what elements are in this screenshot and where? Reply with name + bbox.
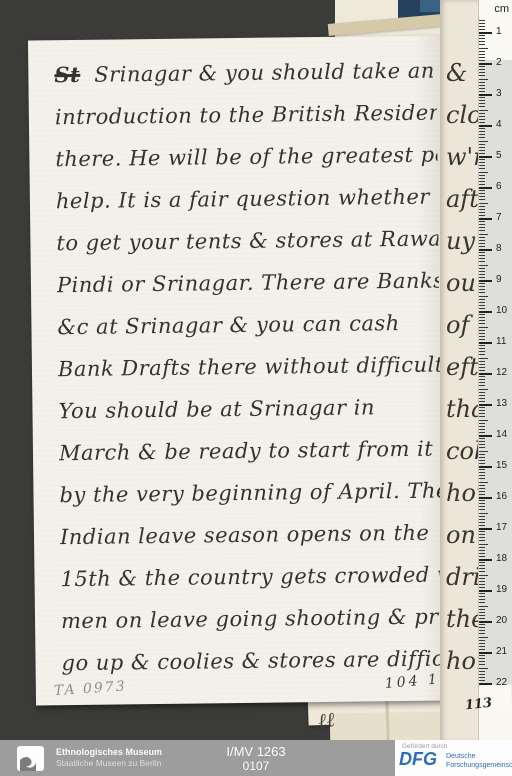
ruler-tick [479,339,485,340]
ruler-tick [479,416,485,417]
ruler-tick [479,534,485,535]
scan-viewport: ℓℓ 113 StSrinagar & you should take anin… [0,0,512,776]
ruler-tick [479,255,485,256]
ruler-tick [479,392,485,393]
ruler-tick [479,35,485,36]
ruler-number: 21 [496,646,512,657]
line-text: Indian leave season opens on the [60,521,430,550]
ruler-tick [479,568,485,569]
facing-page-edge: &clow'raftuyouof heftthancobhouondrivthe… [440,0,480,742]
ruler-tick [479,240,485,241]
ruler-tick [479,373,492,375]
facing-fragment: on [446,514,480,556]
ruler-tick [479,426,485,427]
ruler-tick [479,125,492,127]
ruler-tick [479,531,485,532]
ruler-tick [479,630,485,631]
ruler-tick [479,438,485,439]
ruler-tick [479,261,485,262]
ruler-tick [479,680,485,681]
ruler-tick [479,333,485,334]
ruler-tick [479,119,485,120]
scan-number: 0107 [176,759,336,774]
facing-fragment: aft [446,178,480,220]
ruler-tick [479,367,485,368]
ruler-tick [479,565,485,566]
ruler-tick [479,575,488,576]
ruler-tick [479,82,485,83]
ruler-tick [479,423,485,424]
measurement-ruler: cm 12345678910111213141516171819202122 [478,0,512,742]
ruler-tick [479,497,492,499]
ruler-tick [479,407,485,408]
ruler-tick [479,305,485,306]
ruler-tick [479,482,488,483]
ruler-tick [479,571,485,572]
ruler-number: 9 [496,274,512,285]
ruler-tick [479,252,485,253]
ruler-tick [479,379,485,380]
ruler-tick [479,606,488,607]
ruler-tick [479,165,485,166]
ruler-tick [479,590,492,592]
ruler-tick [479,683,492,685]
museum-logo [17,746,44,771]
ruler-tick [479,274,485,275]
ruler-tick [479,624,485,625]
ruler-number: 4 [496,119,512,130]
facing-fragment: clo [446,94,480,136]
ruler-tick [479,540,485,541]
museum-wave-icon [17,746,44,771]
ruler-tick [479,20,485,21]
ruler-tick [479,54,485,55]
ruler-number: 13 [496,398,512,409]
ruler-tick [479,283,485,284]
ruler-tick [479,562,485,563]
handwriting-line: to get your tents & stores at Rawal [56,218,438,265]
line-text: You should be at Srinagar in [58,395,375,423]
facing-fragment: hors [446,640,480,682]
ruler-tick [479,79,488,80]
handwriting-line: introduction to the British Resident [55,92,437,139]
ruler-tick [479,212,485,213]
archive-number-pencil: TA 0973 [53,678,127,699]
ruler-tick [479,376,485,377]
line-text: introduction to the British Resident [55,100,444,129]
ruler-tick [479,478,485,479]
line-text: by the very beginning of April. The [59,478,444,507]
ruler-number: 3 [496,88,512,99]
ruler-tick [479,389,488,390]
ruler-tick [479,280,492,282]
ruler-tick [479,94,492,96]
ruler-tick [479,491,485,492]
ruler-tick [479,206,485,207]
ruler-tick [479,550,485,551]
ruler-tick [479,199,485,200]
ruler-tick [479,395,485,396]
ruler-tick [479,271,485,272]
ruler-tick [479,664,485,665]
ruler-tick [479,385,485,386]
ruler-tick [479,230,485,231]
ruler-tick [479,528,492,530]
ruler-tick [479,643,485,644]
ruler-tick [479,63,492,65]
ruler-tick [479,621,492,623]
handwriting-line: there. He will be of the greatest possib… [55,134,437,181]
ruler-tick [479,137,485,138]
facing-fragment: uy [446,220,480,262]
archive-footer-bar: Ethnologisches Museum Staatliche Museen … [0,740,512,776]
ruler-tick [479,246,485,247]
ruler-tick [479,544,488,545]
ruler-tick [479,516,485,517]
ruler-tick [479,29,485,30]
ruler-tick [479,69,485,70]
ruler-tick [479,401,485,402]
ruler-tick [479,410,485,411]
ruler-tick [479,317,485,318]
handwriting-line: help. It is a fair question whether [56,176,438,223]
ruler-tick [479,320,485,321]
ruler-tick [479,602,485,603]
ruler-tick [479,668,488,669]
ruler-tick [479,398,485,399]
ruler-tick [479,308,485,309]
line-text: to get your tents & stores at Rawal [56,226,444,255]
ruler-tick [479,364,485,365]
line-text: men on leave going shooting & prices [61,604,444,633]
ruler-tick [479,23,485,24]
ruler-tick [479,91,485,92]
ruler-tick [479,209,485,210]
ruler-tick [479,134,485,135]
ruler-tick [479,32,492,34]
ruler-tick [479,178,485,179]
ruler-number: 20 [496,615,512,626]
ruler-tick [479,444,485,445]
ruler-tick [479,100,485,101]
ruler-tick [479,361,485,362]
ruler-number: 19 [496,584,512,595]
ruler-number: 2 [496,57,512,68]
ruler-tick [479,97,485,98]
ruler-tick [479,609,485,610]
ruler-tick [479,345,485,346]
ruler-tick [479,454,485,455]
ruler-tick [479,509,485,510]
ruler-tick [479,221,485,222]
ruler-tick [479,525,485,526]
ruler-tick [479,296,488,297]
ruler-tick [479,370,485,371]
ruler-number: 22 [496,677,512,688]
ruler-tick [479,323,485,324]
ruler-tick [479,413,485,414]
facing-fragment: ther [446,598,480,640]
ruler-number: 1 [496,26,512,37]
facing-fragment: & [446,52,480,94]
handwriting-line: Indian leave season opens on the [60,512,442,559]
ruler-tick [479,587,485,588]
line-text: help. It is a fair question whether [56,185,430,214]
ruler-tick [479,243,485,244]
ruler-tick [479,147,485,148]
ruler-tick [479,488,485,489]
handwritten-letter: StSrinagar & you should take anintroduct… [54,50,444,691]
ruler-tick [479,227,485,228]
ruler-tick [479,447,485,448]
ruler-tick [479,348,485,349]
ruler-tick [479,503,485,504]
ruler-tick [479,175,485,176]
ruler-tick [479,190,485,191]
handwriting-line: men on leave going shooting & prices [61,596,443,643]
ruler-tick [479,141,488,142]
museum-name: Ethnologisches Museum [56,747,162,758]
line-text: 15th & the country gets crowded with [60,562,443,591]
ruler-tick [479,144,485,145]
ruler-tick [479,41,485,42]
ruler-tick [479,519,485,520]
ruler-tick [479,584,485,585]
facing-fragment: w'r [446,136,480,178]
handwriting-line: &c at Srinagar & you can cash [57,302,439,349]
ruler-tick [479,85,485,86]
ruler-tick [479,652,492,654]
ruler-number: 12 [496,367,512,378]
handwriting-line: Bank Drafts there without difficulty [58,344,440,391]
ruler-tick [479,618,485,619]
ruler-tick [479,159,485,160]
ruler-tick [479,44,485,45]
ruler-tick [479,382,485,383]
ruler-tick [479,460,485,461]
ruler-tick [479,181,485,182]
ruler-tick [479,48,488,49]
facing-fragment: eft [446,346,480,388]
ruler-tick [479,475,485,476]
ruler-tick [479,637,488,638]
ruler-number: 17 [496,522,512,533]
ruler-tick [479,103,485,104]
ruler-tick [479,649,485,650]
ruler-tick [479,110,488,111]
ruler-tick [479,420,488,421]
ruler-tick [479,469,485,470]
ruler-tick [479,314,485,315]
ruler-tick [479,311,492,313]
ruler-tick [479,432,485,433]
ruler-tick [479,131,485,132]
ruler-tick [479,172,488,173]
ruler-tick [479,429,485,430]
ruler-tick [479,441,485,442]
funder-name: Deutsche Forschungsgemeinschaft [446,752,512,770]
ruler-number: 11 [496,336,512,347]
ruler-tick [479,302,485,303]
funder-block: Gefördert durch DFG Deutsche Forschungsg… [395,740,512,776]
ruler-tick [479,72,485,73]
line-text: Bank Drafts there without difficulty [58,352,444,381]
ruler-tick [479,599,485,600]
facing-fragment: driv [446,556,480,598]
ruler-number: 14 [496,429,512,440]
ruler-tick [479,249,492,251]
ruler-tick [479,156,492,158]
ruler-tick [479,556,485,557]
facing-fragment: than [446,388,480,430]
ruler-tick [479,193,485,194]
line-text: there. He will be of the greatest possib… [55,142,444,172]
ruler-tick [479,451,488,452]
ruler-tick [479,336,485,337]
ruler-tick [479,342,492,344]
struck-word: St [54,62,80,87]
ruler-tick [479,26,485,27]
ink-flourish: ℓℓ [316,707,336,734]
ruler-tick [479,187,492,189]
ruler-tick [479,615,485,616]
ruler-tick [479,153,485,154]
ruler-tick [479,578,485,579]
facing-fragment: hou [446,472,480,514]
ruler-tick [479,330,485,331]
ruler-number: 10 [496,305,512,316]
ruler-tick [479,354,485,355]
line-text: Pindi or Srinagar. There are Banks [57,268,444,297]
ruler-tick [479,38,485,39]
ruler-number: 5 [496,150,512,161]
facing-fragment: of h [446,304,480,346]
ruler-tick [479,75,485,76]
ruler-tick [479,404,492,406]
page-number-113: 113 [464,696,493,714]
ruler-tick [479,60,485,61]
ruler-tick [479,128,485,129]
ruler-tick [479,286,485,287]
handwriting-line: Pindi or Srinagar. There are Banks [57,260,439,307]
handwriting-line: StSrinagar & you should take an [54,50,436,97]
ruler-unit-label: cm [494,3,509,15]
ruler-tick [479,57,485,58]
ruler-tick [479,661,485,662]
ruler-tick [479,646,485,647]
ruler-tick [479,633,485,634]
ruler-tick [479,457,485,458]
ruler-tick [479,655,485,656]
ruler-tick [479,559,492,561]
ruler-tick [479,265,488,266]
ruler-tick [479,463,485,464]
line-text: go up & coolies & stores are difficult [61,646,443,675]
ruler-tick [479,122,485,123]
facing-page-text-fragments: &clow'raftuyouof heftthancobhouondrivthe… [446,52,480,682]
line-text: &c at Srinagar & you can cash [57,311,400,339]
ruler-tick [479,593,485,594]
handwriting-line: by the very beginning of April. The [59,470,441,517]
funder-name-line2: Forschungsgemeinschaft [446,761,512,770]
ruler-tick [479,494,485,495]
ruler-tick [479,66,485,67]
ruler-tick [479,553,485,554]
ruler-tick [479,234,488,235]
ruler-tick [479,671,485,672]
museum-title-block: Ethnologisches Museum Staatliche Museen … [56,747,162,769]
ruler-tick [479,485,485,486]
ruler-tick [479,162,485,163]
ruler-tick [479,513,488,514]
ruler-number: 7 [496,212,512,223]
ruler-tick [479,203,488,204]
ruler-tick [479,358,488,359]
facing-fragment: ou [446,262,480,304]
ruler-tick [479,506,485,507]
ruler-tick [479,196,485,197]
ruler-tick [479,351,485,352]
ruler-tick [479,116,485,117]
ruler-tick [479,277,485,278]
ruler-tick [479,547,485,548]
ruler-tick [479,289,485,290]
ruler-tick [479,466,492,468]
ruler-number: 15 [496,460,512,471]
ruler-tick [479,88,485,89]
ruler-tick [479,51,485,52]
manuscript-page: StSrinagar & you should take anintroduct… [28,36,448,706]
ruler-tick [479,677,485,678]
ruler-number: 6 [496,181,512,192]
ruler-tick [479,596,485,597]
ruler-tick [479,537,485,538]
inventory-block: I/MV 1263 0107 [176,744,336,774]
ruler-tick [479,184,485,185]
dfg-logo: DFG [399,749,437,770]
line-text: March & be ready to start from it [59,437,434,466]
ruler-tick [479,113,485,114]
ruler-tick [479,106,485,107]
ruler-tick [479,218,492,220]
facing-fragment: cob [446,430,480,472]
ruler-tick [479,258,485,259]
ruler-tick [479,215,485,216]
ruler-tick [479,627,485,628]
ruler-tick [479,435,492,437]
ruler-tick [479,581,485,582]
ruler-tick [479,224,485,225]
ruler-tick [479,612,485,613]
ruler-tick [479,674,485,675]
ruler-number: 16 [496,491,512,502]
inventory-number: I/MV 1263 [176,744,336,759]
handwriting-line: March & be ready to start from it [59,428,441,475]
ruler-number: 18 [496,553,512,564]
line-text: Srinagar & you should take an [94,59,435,87]
ruler-tick [479,237,485,238]
ruler-tick [479,327,488,328]
handwriting-line: You should be at Srinagar in [58,386,440,433]
ruler-tick [479,292,485,293]
ruler-tick [479,472,485,473]
handwriting-line: 15th & the country gets crowded with [60,554,442,601]
ruler-tick [479,640,485,641]
ruler-tick [479,299,485,300]
ruler-tick [479,268,485,269]
ruler-tick [479,168,485,169]
ruler-tick [479,658,485,659]
